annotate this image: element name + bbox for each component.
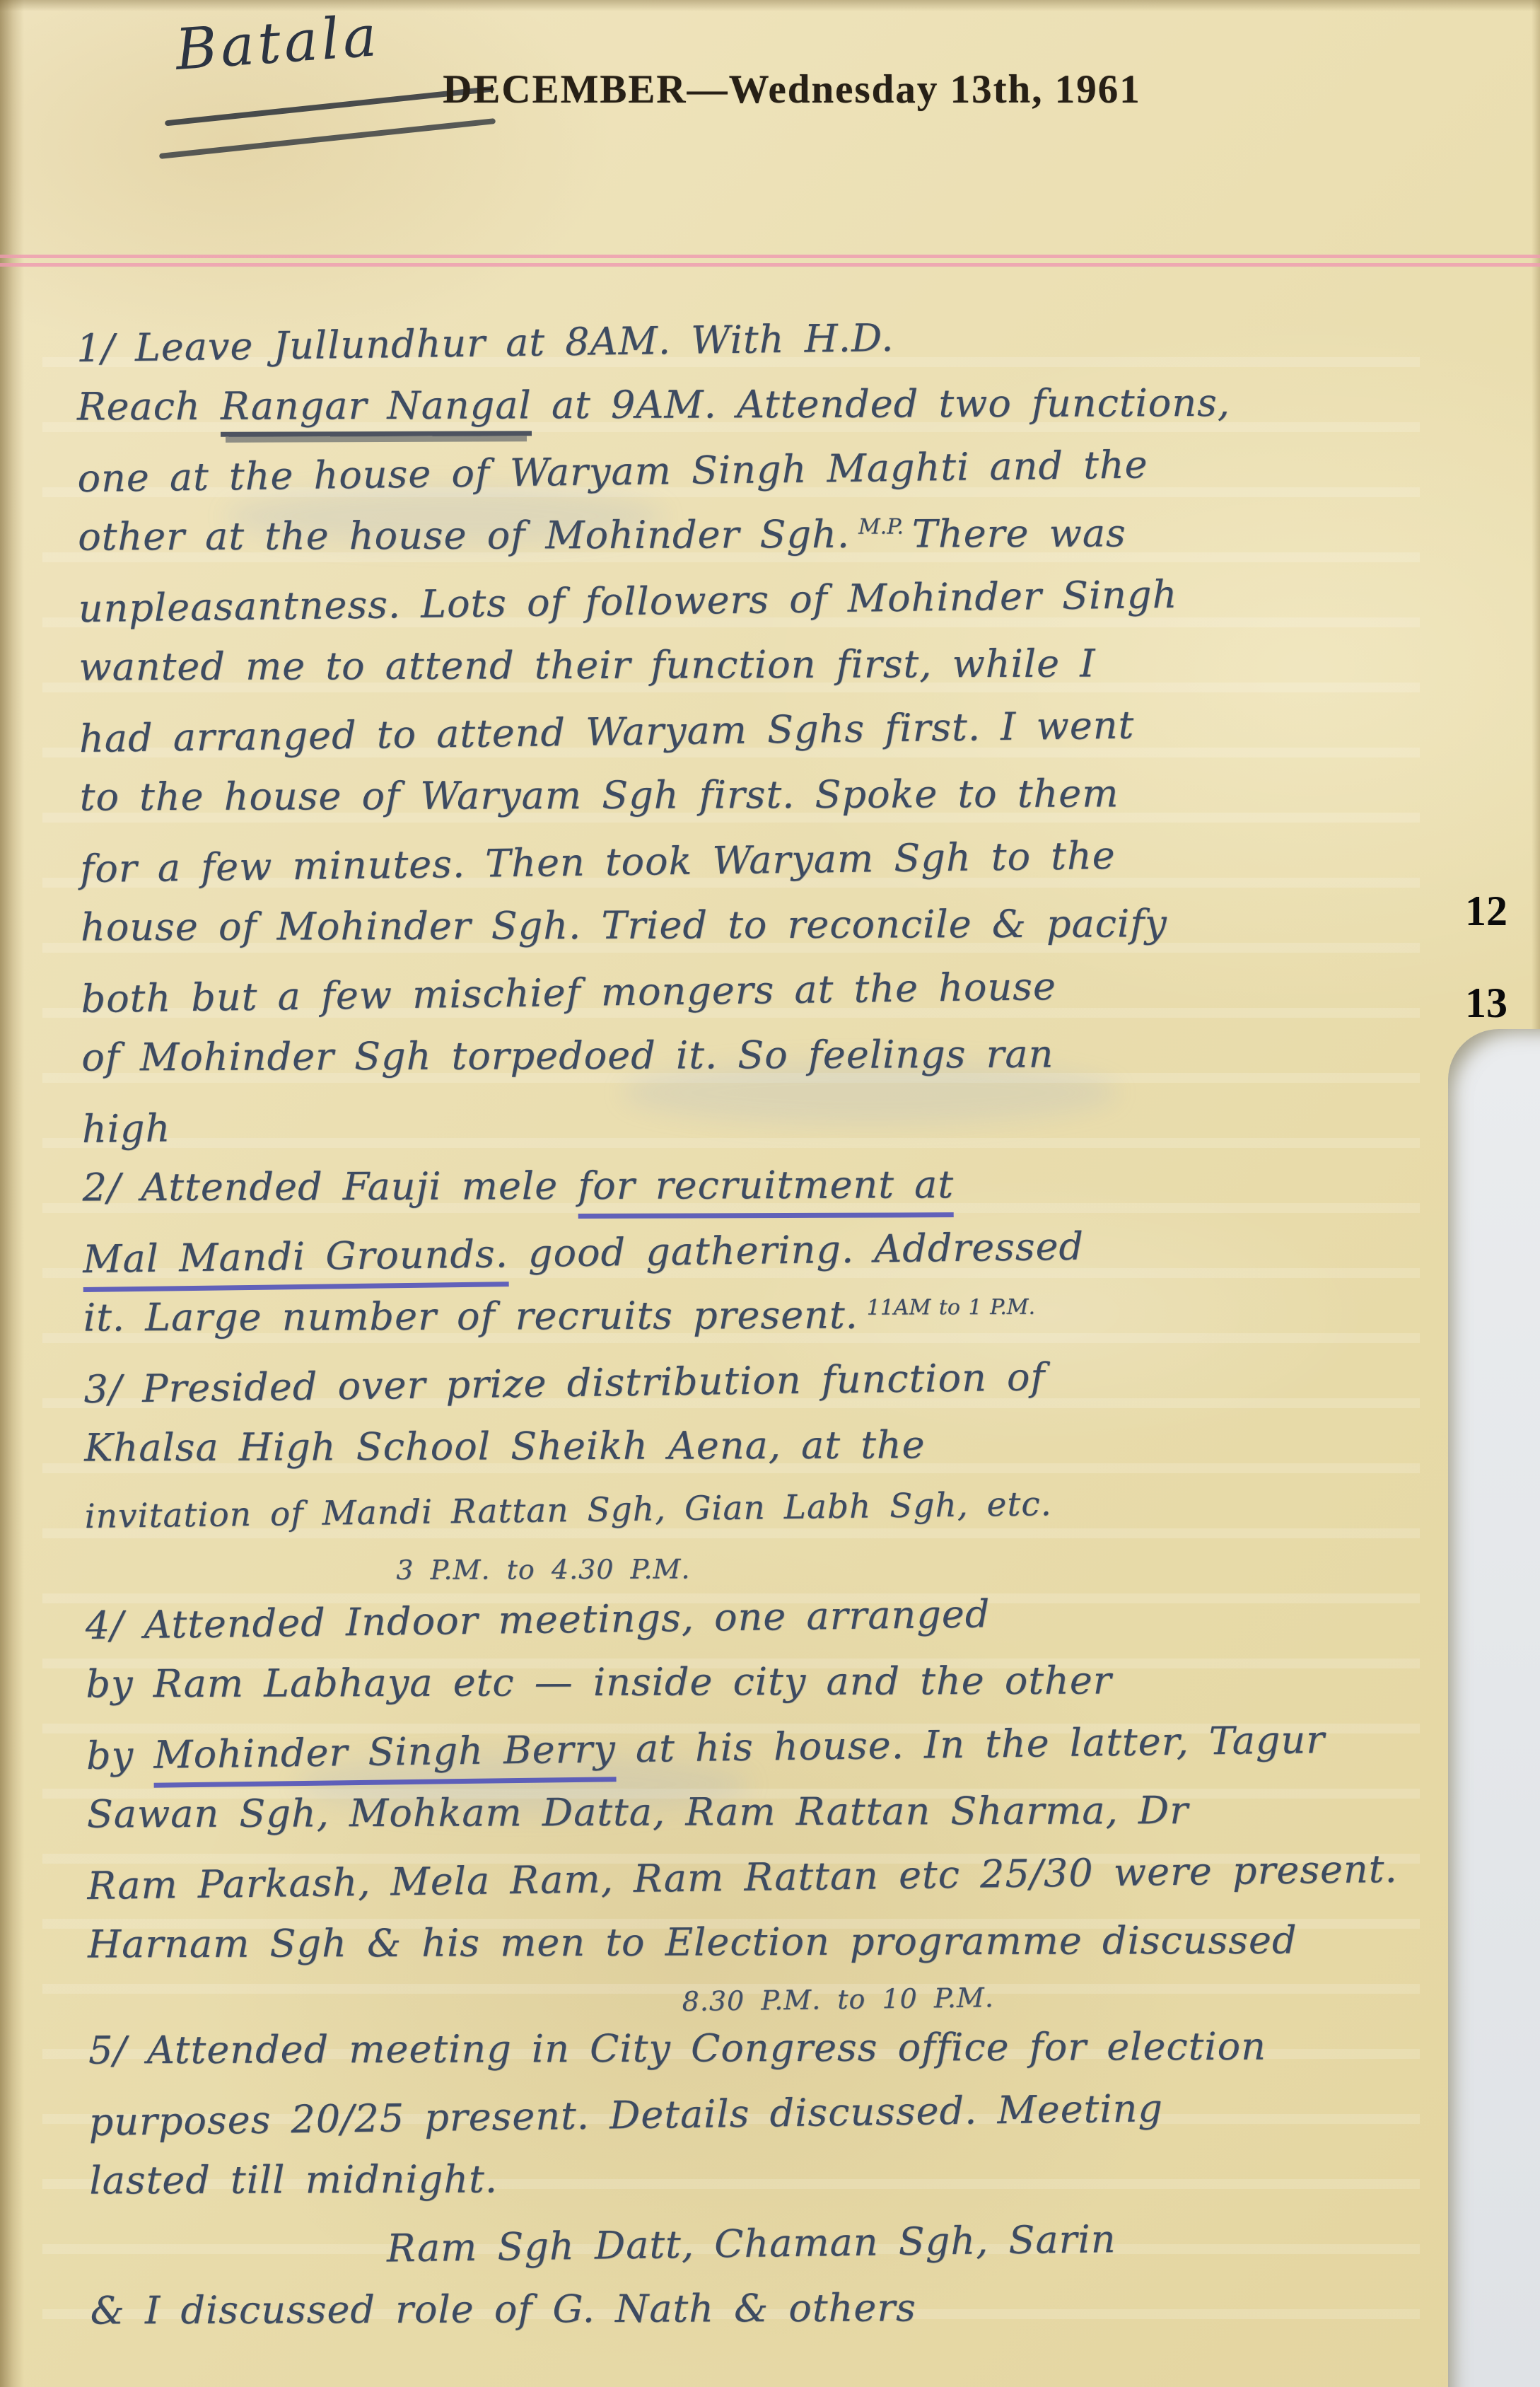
interline-time-note: 11AM to 1 P.M.	[867, 1295, 1035, 1320]
page-top-edge	[0, 0, 1540, 11]
page-right-edge	[1532, 0, 1540, 1040]
diary-line: Ram Parkash, Mela Ram, Ram Rattan etc 25…	[87, 1845, 1495, 1929]
diary-line: invitation of Mandi Rattan Sgh, Gian Lab…	[84, 1479, 1492, 1562]
diary-line: for a few minutes. Then took Waryam Sgh …	[80, 828, 1488, 912]
diary-line: Ram Sgh Datt, Chaman Sgh, Sarin	[90, 2212, 1498, 2295]
diary-line: by Mohinder Singh Berry at his house. In…	[86, 1715, 1494, 1799]
diary-line: had arranged to attend Waryam Sghs first…	[79, 698, 1487, 782]
diary-line: both but a few mischief mongers at the h…	[81, 958, 1488, 1042]
header-rule	[0, 255, 1540, 267]
diary-line: 5/ Attended meeting in City Congress off…	[88, 2023, 1495, 2093]
diary-line: & I discussed role of G. Nath & others	[91, 2283, 1498, 2353]
diary-line: Mal Mandi Grounds. good gathering. Addre…	[83, 1219, 1491, 1302]
diary-line: 1/ Leave Jullundhur at 8AM. With H.D.	[76, 308, 1484, 391]
diary-line: to the house of Waryam Sgh first. Spoke …	[80, 770, 1487, 840]
diary-line: high	[81, 1088, 1489, 1172]
diary-line: Harnam Sgh & his men to Election program…	[88, 1917, 1495, 1987]
diary-line: 2/ Attended Fauji mele for recruitment a…	[82, 1161, 1489, 1231]
diary-line: Reach Rangar Nangal at 9AM. Attended two…	[77, 380, 1484, 450]
diary-line: lasted till midnight.	[89, 2153, 1496, 2223]
diary-line: 4/ Attended Indoor meetings, one arrange…	[85, 1585, 1493, 1668]
diary-line: house of Mohinder Sgh. Tried to reconcil…	[81, 900, 1488, 970]
diary-line: Sawan Sgh, Mohkam Datta, Ram Rattan Shar…	[87, 1787, 1494, 1857]
printed-date-header: DECEMBER—Wednesday 13th, 1961	[85, 66, 1499, 112]
diary-line: Khalsa High School Sheikh Aena, at the	[84, 1421, 1491, 1491]
binding-edge	[0, 0, 24, 2387]
diary-entry-text: 1/ Leave Jullundhur at 8AM. With H.D. Re…	[76, 312, 1498, 2356]
interline-note: M.P.	[858, 514, 904, 539]
diary-line: one at the house of Waryam Singh Maghti …	[77, 438, 1485, 521]
diary-line: of Mohinder Sgh torpedoed it. So feeling…	[81, 1030, 1488, 1100]
diary-line: purposes 20/25 present. Details discusse…	[88, 2081, 1496, 2165]
diary-line: other at the house of Mohinder Sgh.M.P.T…	[78, 510, 1485, 580]
diary-line: unpleasantness. Lots of followers of Moh…	[78, 568, 1486, 651]
diary-line: by Ram Labhaya etc — inside city and the…	[86, 1657, 1493, 1727]
diary-line: it. Large number of recruits present.11A…	[83, 1291, 1491, 1361]
diary-line: wanted me to attend their function first…	[78, 640, 1486, 710]
diary-line: 3/ Presided over prize distribution func…	[83, 1349, 1491, 1432]
